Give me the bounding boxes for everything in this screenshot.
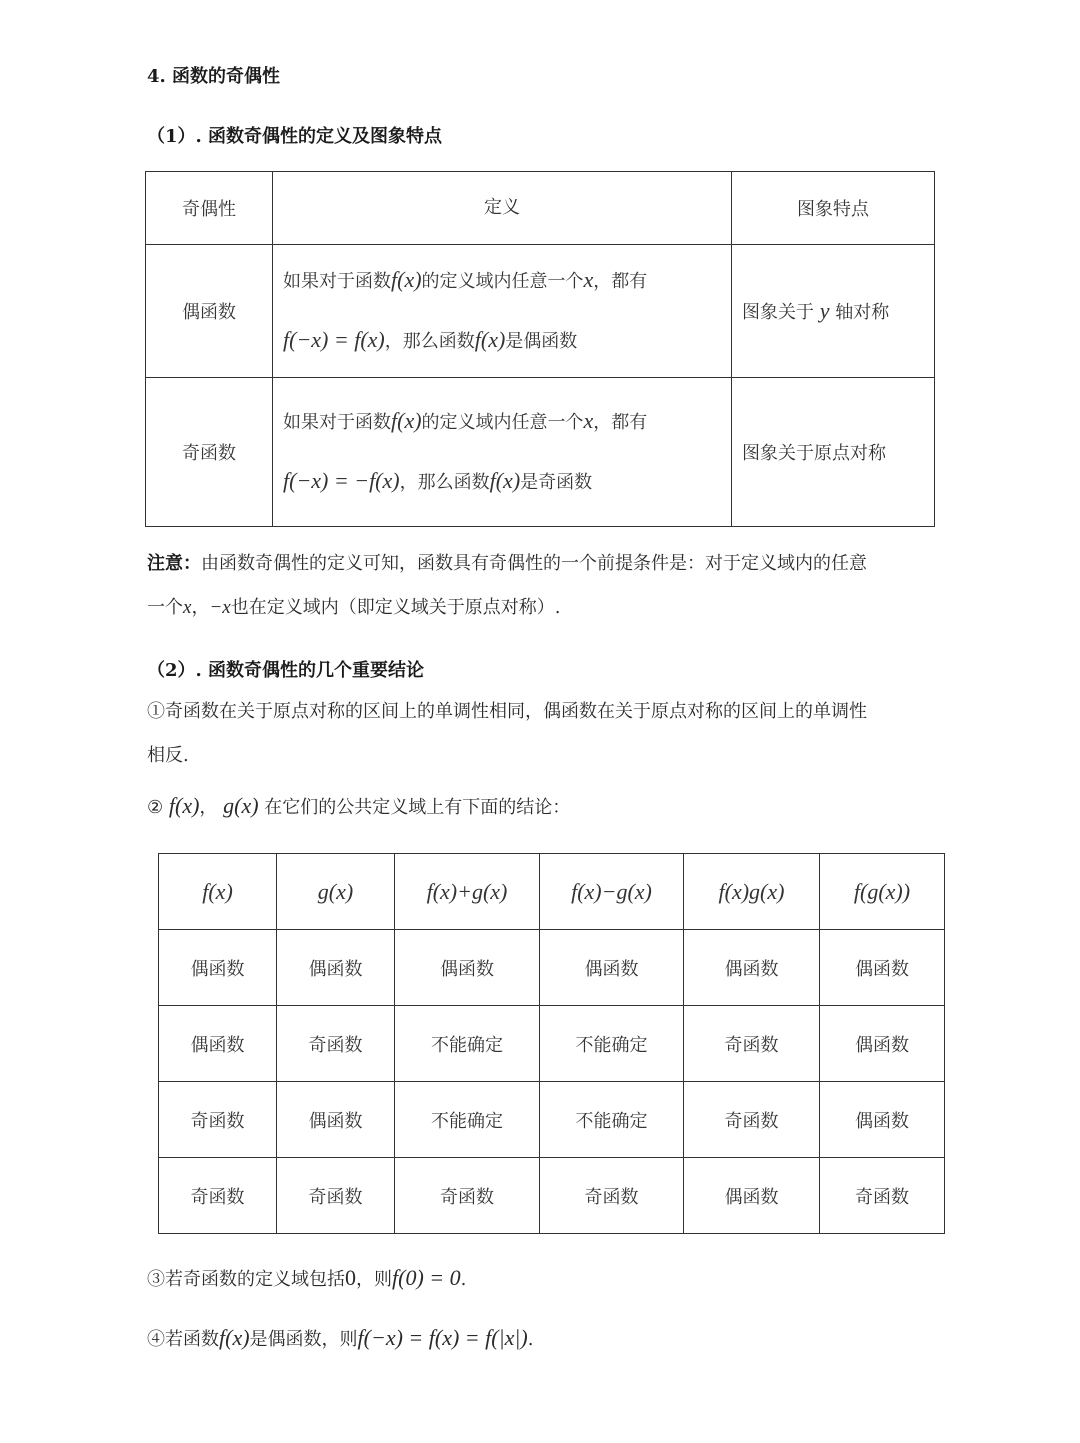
table-cell: 奇函数 (277, 1006, 395, 1082)
text: . (528, 1329, 534, 1350)
table-cell: 不能确定 (395, 1082, 540, 1158)
var-x: x (584, 267, 594, 292)
var-x: x (584, 408, 594, 433)
conclusion-2: ② f(x)， g(x) 在它们的公共定义域上有下面的结论： (147, 784, 937, 830)
table-cell: 偶函数 (159, 930, 277, 1006)
table-cell: 奇函数 (395, 1158, 540, 1234)
conclusion-3: ③若奇函数的定义域包括0，则f(0) = 0. (147, 1256, 937, 1302)
formula-f0: f(0) = 0 (392, 1265, 461, 1290)
table-cell: 偶函数 (684, 930, 820, 1006)
text: 相反. (147, 734, 937, 778)
header-cell: 奇偶性 (146, 172, 273, 245)
text: ，都有 (593, 412, 647, 433)
text: ，那么函数 (400, 472, 490, 493)
table-cell: 奇函数 (159, 1082, 277, 1158)
formula-fx: f(x) (219, 1325, 250, 1350)
header-cell: f(g(x)) (820, 854, 945, 930)
table-cell: 偶函数 (277, 1082, 395, 1158)
formula-fx: f(x) (169, 793, 200, 818)
header-cell: 定义 (273, 172, 732, 245)
table-cell: 偶函数 (820, 930, 945, 1006)
formula-odd-eq: f(−x) = −f(x) (283, 468, 400, 493)
text: 是奇函数 (520, 472, 592, 493)
text: 的定义域内任意一个 (422, 412, 584, 433)
parity-combination-table: f(x) g(x) f(x)+g(x) f(x)−g(x) f(x)g(x) f… (158, 853, 945, 1234)
text: 图象关于原点对称 (742, 443, 886, 464)
table-row: 奇函数 奇函数 奇函数 奇函数 偶函数 奇函数 (159, 1158, 945, 1234)
table-cell: 奇函数 (684, 1082, 820, 1158)
text: ①奇函数在关于原点对称的区间上的单调性相同，偶函数在关于原点对称的区间上的单调性 (147, 690, 937, 734)
header-cell: g(x) (277, 854, 395, 930)
conclusion-1: ①奇函数在关于原点对称的区间上的单调性相同，偶函数在关于原点对称的区间上的单调性… (147, 690, 937, 778)
header-cell: 图象特点 (732, 172, 935, 245)
table-cell: 偶函数 (159, 1006, 277, 1082)
table-row: 偶函数 偶函数 偶函数 偶函数 偶函数 偶函数 (159, 930, 945, 1006)
table-cell: 偶函数 (684, 1158, 820, 1234)
table-row: 奇函数 偶函数 不能确定 不能确定 奇函数 偶函数 (159, 1082, 945, 1158)
text: ，则 (356, 1269, 392, 1290)
table-cell: 偶函数 (540, 930, 684, 1006)
text: 也在定义域内（即定义域关于原点对称）. (231, 597, 561, 618)
text: ，都有 (593, 271, 647, 292)
formula-fx: f(x) (391, 267, 422, 292)
text: 一个 (147, 597, 183, 618)
formula-fx: f(x) (475, 327, 506, 352)
table-row-odd: 奇函数 如果对于函数f(x)的定义域内任意一个x，都有 f(−x) = −f(x… (146, 378, 935, 527)
table-cell: 不能确定 (540, 1082, 684, 1158)
table-header-row: f(x) g(x) f(x)+g(x) f(x)−g(x) f(x)g(x) f… (159, 854, 945, 930)
table-cell: 奇函数 (159, 1158, 277, 1234)
text: 在它们的公共定义域上有下面的结论： (264, 797, 570, 818)
formula-fx: f(x) (391, 408, 422, 433)
text: 的定义域内任意一个 (422, 271, 584, 292)
zero: 0 (345, 1265, 356, 1290)
marker: ② (147, 797, 163, 818)
table-row: 偶函数 奇函数 不能确定 不能确定 奇函数 偶函数 (159, 1006, 945, 1082)
text: 图象关于 (742, 302, 814, 323)
graph-feature-cell: 图象关于 y 轴对称 (732, 245, 935, 378)
text: 轴对称 (835, 302, 889, 323)
table-cell: 偶函数 (395, 930, 540, 1006)
text: 如果对于函数 (283, 412, 391, 433)
table-header-row: 奇偶性 定义 图象特点 (146, 172, 935, 245)
table-cell: 不能确定 (395, 1006, 540, 1082)
formula-even-abs: f(−x) = f(x) = f(|x|) (358, 1325, 528, 1350)
header-cell: f(x) (159, 854, 277, 930)
graph-feature-cell: 图象关于原点对称 (732, 378, 935, 527)
text: ，那么函数 (385, 331, 475, 352)
table-cell: 偶函数 (277, 930, 395, 1006)
var-neg-x: −x (209, 597, 230, 618)
conclusion-4: ④若函数f(x)是偶函数，则f(−x) = f(x) = f(|x|). (147, 1316, 937, 1362)
table-cell: 奇函数 (820, 1158, 945, 1234)
parity-definition-table: 奇偶性 定义 图象特点 偶函数 如果对于函数f(x)的定义域内任意一个x，都有 … (145, 171, 935, 527)
section-title: 4. 函数的奇偶性 (147, 62, 280, 88)
table-cell: 偶函数 (820, 1006, 945, 1082)
subsection-title-definition: （1）. 函数奇偶性的定义及图象特点 (147, 122, 442, 148)
table-cell: 偶函数 (820, 1082, 945, 1158)
text: 如果对于函数 (283, 271, 391, 292)
definition-cell: 如果对于函数f(x)的定义域内任意一个x，都有 f(−x) = −f(x)，那么… (273, 378, 732, 527)
parity-type-cell: 奇函数 (146, 378, 273, 527)
text: 是偶函数，则 (250, 1329, 358, 1350)
header-cell: f(x)g(x) (684, 854, 820, 930)
text: 是偶函数 (505, 331, 577, 352)
header-cell: f(x)+g(x) (395, 854, 540, 930)
header-cell: f(x)−g(x) (540, 854, 684, 930)
text: ， (191, 597, 209, 618)
table-cell: 奇函数 (540, 1158, 684, 1234)
formula-fx: f(x) (490, 468, 521, 493)
note-label: 注意： (147, 553, 201, 574)
subsection-title-conclusions: （2）. 函数奇偶性的几个重要结论 (147, 656, 424, 682)
table-cell: 奇函数 (277, 1158, 395, 1234)
note-paragraph: 注意：由函数奇偶性的定义可知，函数具有奇偶性的一个前提条件是：对于定义域内的任意… (147, 542, 937, 630)
text: ， (199, 797, 217, 818)
text: . (461, 1269, 467, 1290)
table-cell: 不能确定 (540, 1006, 684, 1082)
table-row-even: 偶函数 如果对于函数f(x)的定义域内任意一个x，都有 f(−x) = f(x)… (146, 245, 935, 378)
text: ③若奇函数的定义域包括 (147, 1269, 345, 1290)
definition-cell: 如果对于函数f(x)的定义域内任意一个x，都有 f(−x) = f(x)，那么函… (273, 245, 732, 378)
text: 由函数奇偶性的定义可知，函数具有奇偶性的一个前提条件是：对于定义域内的任意 (201, 553, 867, 574)
parity-type-cell: 偶函数 (146, 245, 273, 378)
formula-gx: g(x) (223, 793, 258, 818)
formula-even-eq: f(−x) = f(x) (283, 327, 385, 352)
table-cell: 奇函数 (684, 1006, 820, 1082)
var-y: y (820, 298, 830, 323)
text: ④若函数 (147, 1329, 219, 1350)
